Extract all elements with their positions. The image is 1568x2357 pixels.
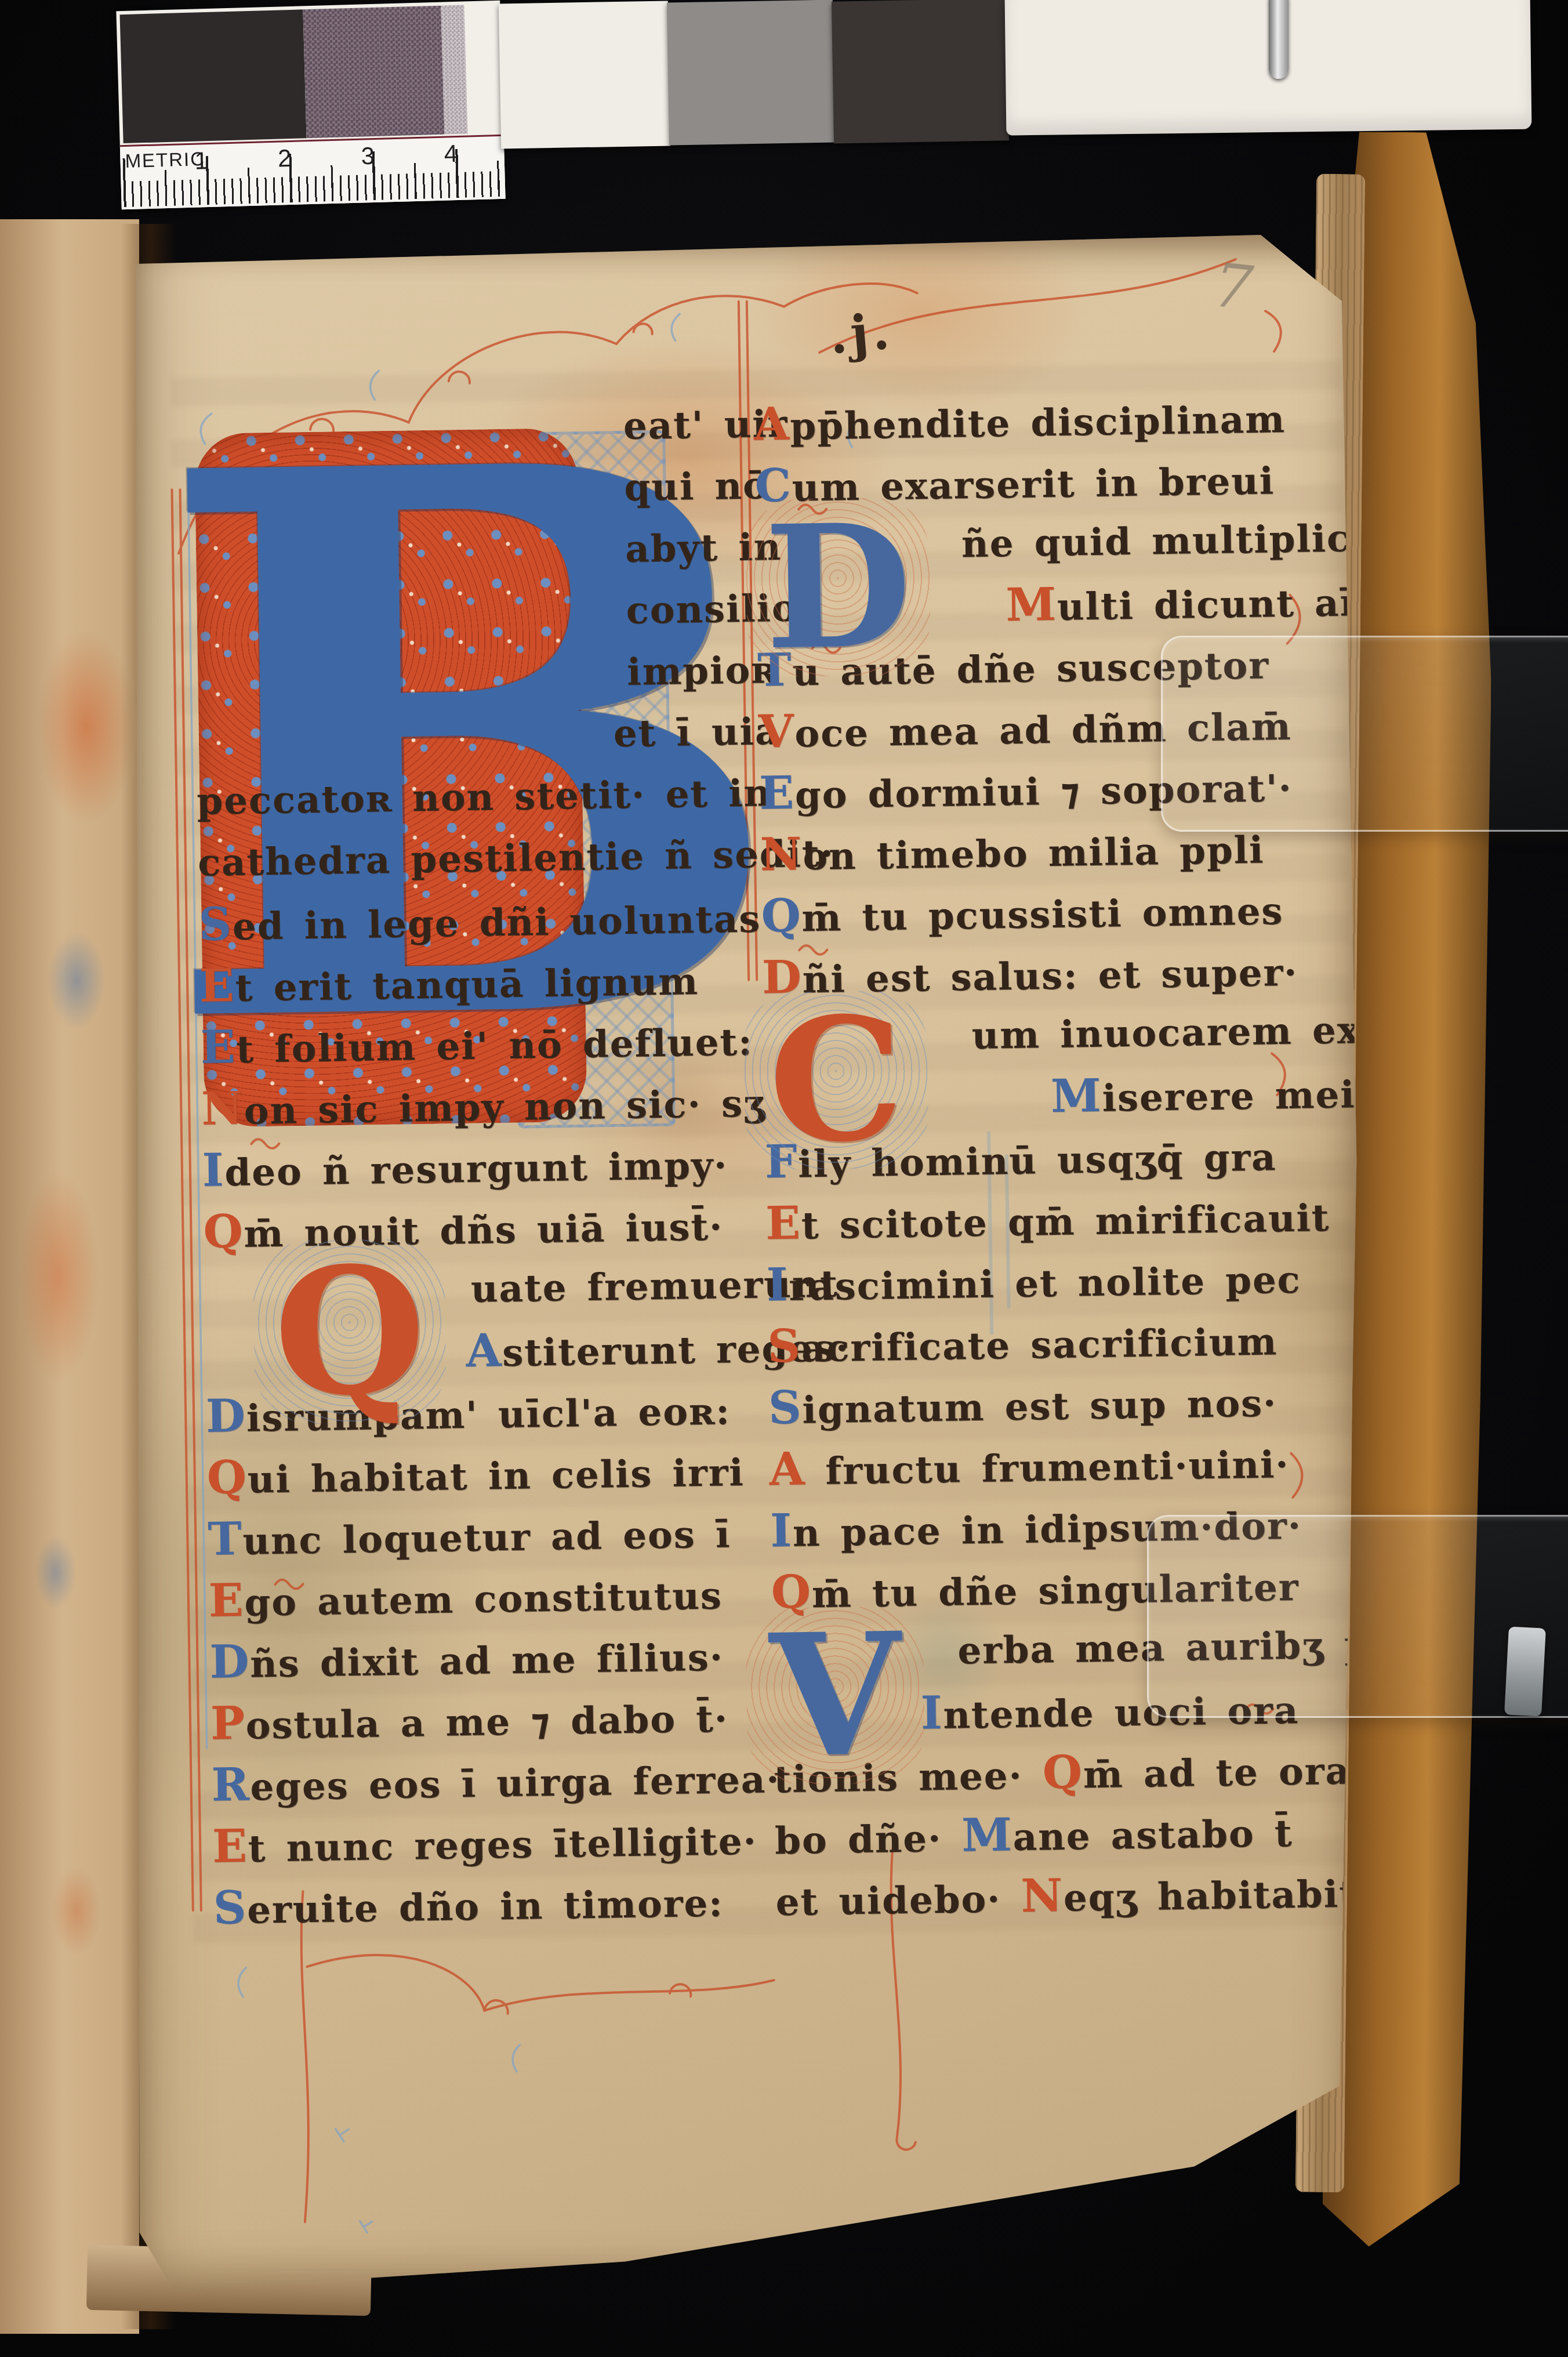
facing-page-edge: [0, 219, 139, 2334]
folio-number: 7: [1210, 249, 1256, 324]
versal-letter: Q: [761, 889, 802, 942]
text-line: A fructu frumenti·uini·: [769, 1431, 1290, 1500]
decorated-initial-C: C: [743, 990, 929, 1170]
ruler-number: 4: [444, 140, 458, 168]
initial-glyph: D: [763, 501, 913, 673]
decorated-initial-Q: Q: [253, 1239, 447, 1425]
text-line: Multi dicunt aīe·: [1006, 569, 1395, 636]
line-text: rascimini et nolite pec: [789, 1259, 1301, 1310]
versal-letter: S: [767, 1319, 802, 1373]
versal-letter: V: [758, 705, 795, 758]
text-line: Signatum est sup nos·: [768, 1370, 1277, 1439]
grayscale-swatch-mid: [303, 6, 444, 139]
versal-letter: M: [961, 1808, 1014, 1862]
metric-ruler: METRIC 1234: [120, 135, 506, 209]
ruler-number: 2: [277, 144, 292, 173]
line-text: um inuocarem ex·: [971, 1009, 1375, 1058]
line-text: m̄ tu pcussisti omnes: [801, 890, 1284, 940]
versal-letter: E: [765, 1196, 802, 1250]
line-text: eqʒ habitabit: [1063, 1872, 1358, 1920]
line-text: m̄ ad te ora: [1083, 1749, 1351, 1797]
line-text: et uidebo·: [775, 1877, 1021, 1924]
versal-letter: N: [1021, 1869, 1064, 1923]
glass-weight-strip-bottom: [1147, 1515, 1568, 1718]
text-line: Qm̄ tu pcussisti omnes: [761, 878, 1284, 947]
initial-glyph: Q: [273, 1243, 427, 1420]
versal-letter: N: [760, 828, 803, 881]
photo-stage: METRIC 1234: [0, 0, 1568, 2357]
text-line: Irascimini et nolite pec: [766, 1247, 1301, 1317]
decorated-initial-D: D: [745, 497, 931, 677]
line-text: bo dñe·: [775, 1816, 962, 1863]
ruler-number: 1: [194, 147, 209, 175]
line-text: on timebo milia ppli: [803, 828, 1265, 879]
page-content: B eat' uirqui nōabyt inconsilioimpioʀet …: [133, 223, 1393, 2307]
line-text: acrificate sacrificium: [801, 1320, 1277, 1370]
metal-pin: [1269, 0, 1288, 79]
grayscale-swatch-light: [441, 5, 467, 135]
initial-glyph: V: [769, 1611, 902, 1781]
grayscale-card: METRIC 1234: [116, 1, 505, 209]
line-text: t scitote qm̄ mirificauit: [801, 1196, 1330, 1248]
line-text: ulti dicunt aīe·: [1057, 581, 1394, 629]
initial-glyph: C: [767, 995, 905, 1166]
text-line: bo dñe· Mane astabo t̄: [774, 1800, 1293, 1869]
text-line: et uidebo· Neqʒ habitabit: [775, 1861, 1358, 1931]
white-paper-sheet: [1005, 0, 1532, 136]
versal-letter: M: [1051, 1069, 1103, 1123]
line-text: ignatum est sup nos·: [802, 1381, 1277, 1432]
decorated-initial-V: V: [745, 1606, 925, 1785]
metal-clip: [1504, 1626, 1546, 1716]
versal-letter: Q: [1042, 1746, 1083, 1799]
gray-card: [667, 0, 835, 145]
psalm-number-mark: .j.: [827, 302, 895, 365]
ruler-number: 3: [361, 142, 375, 171]
text-line: App̄hendite disciplinam: [753, 386, 1286, 456]
versal-letter: I: [770, 1504, 793, 1558]
versal-letter: I: [766, 1259, 789, 1312]
text-line: Sacrificate sacrificium: [767, 1308, 1278, 1377]
text-line: um inuocarem ex·: [971, 1000, 1375, 1067]
grayscale-swatch-dark: [120, 9, 307, 143]
versal-letter: A: [769, 1442, 806, 1496]
line-text: pp̄hendite disciplinam: [790, 398, 1286, 449]
line-text: fructu frumenti·uini·: [805, 1443, 1290, 1493]
line-text: ane astabo t̄: [1012, 1812, 1293, 1859]
white-card: [499, 1, 670, 148]
versal-letter: M: [1006, 578, 1058, 632]
versal-letter: S: [768, 1381, 803, 1434]
versal-letter: A: [753, 398, 790, 451]
black-card: [832, 0, 1009, 144]
text-line: Et scitote qm̄ mirificauit: [765, 1185, 1330, 1254]
glass-weight-strip-top: [1161, 636, 1568, 832]
versal-letter: E: [759, 766, 796, 819]
manuscript-page: B eat' uirqui nōabyt inconsilioimpioʀet …: [133, 231, 1363, 2297]
